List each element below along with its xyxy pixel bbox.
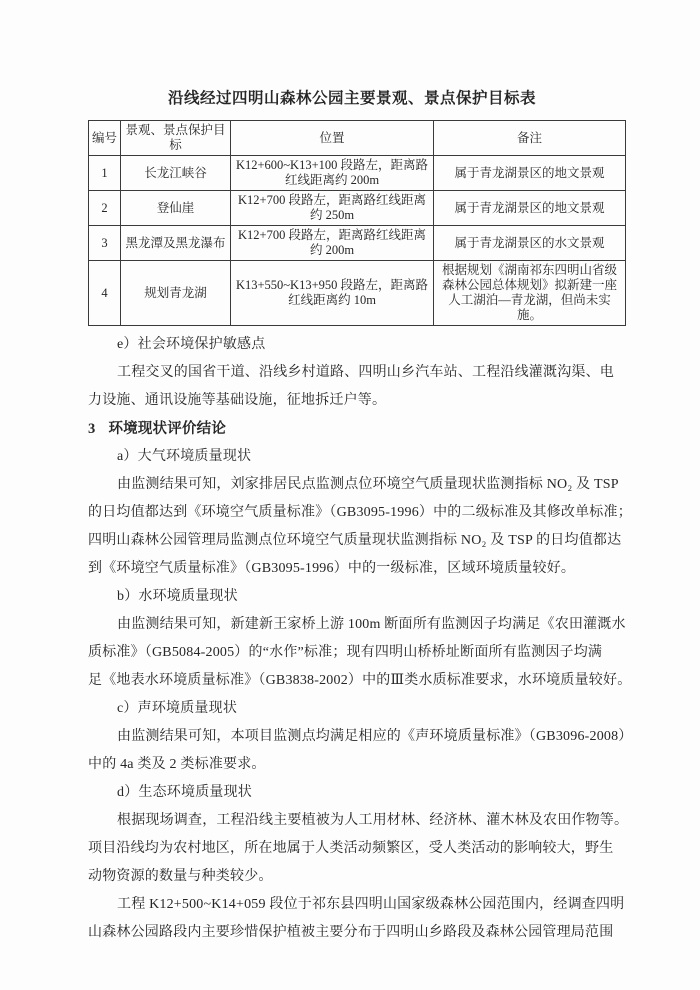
paragraph-line: 工程 K12+500~K14+059 段位于祁东县四明山国家级森林公园范围内，经… bbox=[88, 891, 616, 919]
section-e-heading: e）社会环境保护敏感点 bbox=[88, 331, 616, 359]
table-title: 沿线经过四明山森林公园主要景观、景点保护目标表 bbox=[88, 90, 616, 108]
paragraph-line: 项目沿线均为农村地区，所在地属于人类活动频繁区，受人类活动的影响较大，野生 bbox=[88, 835, 616, 863]
paragraph-line: 山森林公园路段内主要珍惜保护植被主要分布于四明山乡路段及森林公园管理局范围 bbox=[88, 919, 616, 947]
document-body: e）社会环境保护敏感点 工程交叉的国省干道、沿线乡村道路、四明山乡汽车站、工程沿… bbox=[88, 331, 616, 947]
cell-target: 黑龙潭及黑龙瀑布 bbox=[121, 226, 231, 261]
cell-remark: 属于青龙湖景区的地文景观 bbox=[434, 156, 626, 191]
section-d-heading: d）生态环境质量现状 bbox=[88, 779, 616, 807]
table-row: 4 规划青龙湖 K13+550~K13+950 段路左，距离路红线距离约 10m… bbox=[89, 261, 626, 326]
paragraph-line: 中的 4a 类及 2 类标准要求。 bbox=[88, 751, 616, 779]
cell-location: K12+600~K13+100 段路左，距离路红线距离约 200m bbox=[231, 156, 434, 191]
col-header-remark: 备注 bbox=[434, 121, 626, 156]
cell-location: K13+550~K13+950 段路左，距离路红线距离约 10m bbox=[231, 261, 434, 326]
cell-target: 规划青龙湖 bbox=[121, 261, 231, 326]
cell-remark: 根据规划《湖南祁东四明山省级森林公园总体规划》拟新建一座人工湖泊—青龙湖，但尚未… bbox=[434, 261, 626, 326]
cell-remark: 属于青龙湖景区的水文景观 bbox=[434, 226, 626, 261]
cell-location: K12+700 段路左，距离路红线距离约 200m bbox=[231, 226, 434, 261]
paragraph-line: 的日均值都达到《环境空气质量标准》（GB3095-1996）中的二级标准及其修改… bbox=[88, 499, 616, 527]
section-3-heading: 3环境现状评价结论 bbox=[88, 415, 616, 443]
cell-remark: 属于青龙湖景区的地文景观 bbox=[434, 191, 626, 226]
section-c-heading: c）声环境质量现状 bbox=[88, 695, 616, 723]
cell-no: 3 bbox=[89, 226, 121, 261]
cell-target: 登仙崖 bbox=[121, 191, 231, 226]
paragraph-line: 四明山森林公园管理局监测点位环境空气质量现状监测指标 NO₂ 及 TSP 的日均… bbox=[88, 527, 616, 555]
paragraph-line: 到《环境空气质量标准》（GB3095-1996）中的一级标准，区域环境质量较好。 bbox=[88, 555, 616, 583]
protection-target-table: 编号 景观、景点保护目标 位置 备注 1 长龙江峡谷 K12+600~K13+1… bbox=[88, 120, 626, 326]
col-header-target: 景观、景点保护目标 bbox=[121, 121, 231, 156]
col-header-no: 编号 bbox=[89, 121, 121, 156]
paragraph-line: 由监测结果可知，本项目监测点均满足相应的《声环境质量标准》（GB3096-200… bbox=[88, 723, 616, 751]
table-row: 1 长龙江峡谷 K12+600~K13+100 段路左，距离路红线距离约 200… bbox=[89, 156, 626, 191]
cell-no: 4 bbox=[89, 261, 121, 326]
section-3-number: 3 bbox=[88, 421, 95, 437]
paragraph-line: 由监测结果可知，刘家排居民点监测点位环境空气质量现状监测指标 NO₂ 及 TSP bbox=[88, 471, 616, 499]
paragraph-line: 工程交叉的国省干道、沿线乡村道路、四明山乡汽车站、工程沿线灌溉沟渠、电 bbox=[88, 359, 616, 387]
cell-location: K12+700 段路左，距离路红线距离约 250m bbox=[231, 191, 434, 226]
cell-no: 1 bbox=[89, 156, 121, 191]
paragraph-line: 足《地表水环境质量标准》（GB3838-2002）中的Ⅲ类水质标准要求，水环境质… bbox=[88, 667, 616, 695]
paragraph-line: 动物资源的数量与种类较少。 bbox=[88, 863, 616, 891]
section-a-heading: a）大气环境质量现状 bbox=[88, 443, 616, 471]
section-b-heading: b）水环境质量现状 bbox=[88, 583, 616, 611]
document-page: 沿线经过四明山森林公园主要景观、景点保护目标表 编号 景观、景点保护目标 位置 … bbox=[0, 0, 700, 990]
table-row: 3 黑龙潭及黑龙瀑布 K12+700 段路左，距离路红线距离约 200m 属于青… bbox=[89, 226, 626, 261]
paragraph-line: 力设施、通讯设施等基础设施，征地拆迁户等。 bbox=[88, 387, 616, 415]
paragraph-line: 根据现场调查，工程沿线主要植被为人工用材林、经济林、灌木林及农田作物等。 bbox=[88, 807, 616, 835]
paragraph-line: 质标准》（GB5084-2005）的“水作”标准；现有四明山桥桥址断面所有监测因… bbox=[88, 639, 616, 667]
col-header-location: 位置 bbox=[231, 121, 434, 156]
section-3-title: 环境现状评价结论 bbox=[108, 421, 226, 437]
table-row: 2 登仙崖 K12+700 段路左，距离路红线距离约 250m 属于青龙湖景区的… bbox=[89, 191, 626, 226]
cell-no: 2 bbox=[89, 191, 121, 226]
table-header-row: 编号 景观、景点保护目标 位置 备注 bbox=[89, 121, 626, 156]
cell-target: 长龙江峡谷 bbox=[121, 156, 231, 191]
paragraph-line: 由监测结果可知，新建新王家桥上游 100m 断面所有监测因子均满足《农田灌溉水 bbox=[88, 611, 616, 639]
